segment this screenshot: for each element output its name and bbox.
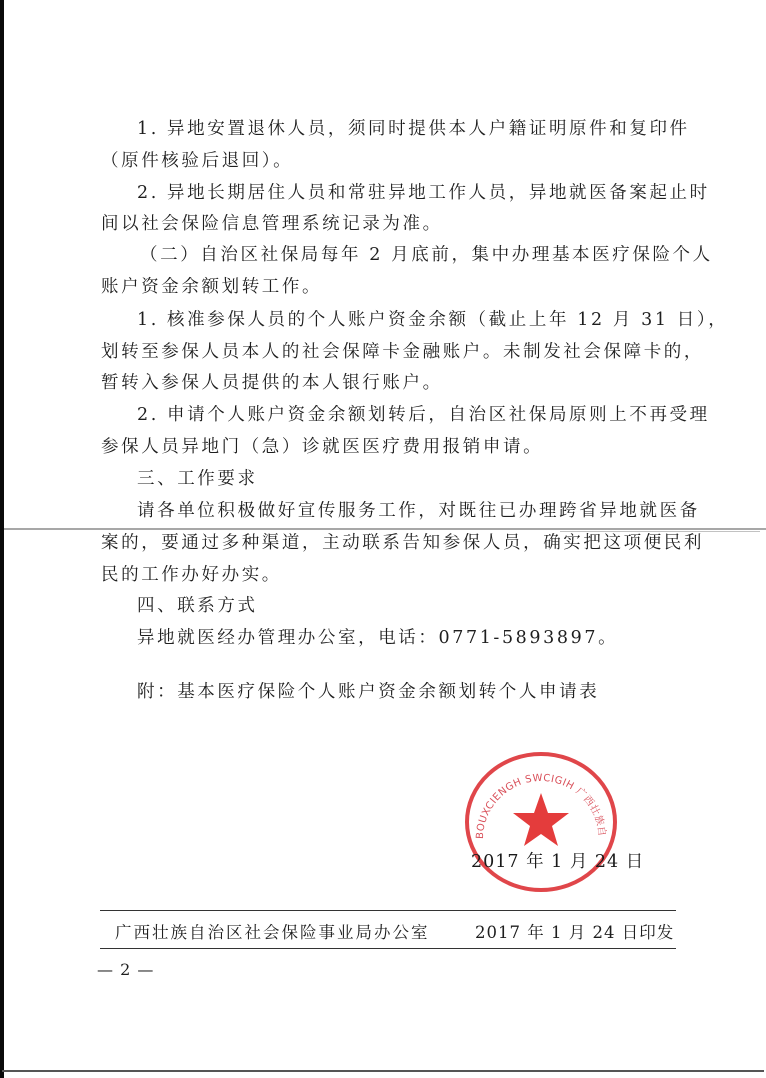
paragraph: 民的工作办好办实。 <box>101 564 282 586</box>
paragraph: 账户资金余额划转工作。 <box>101 276 322 298</box>
attachment-note: 附：基本医疗保险个人账户资金余额划转个人申请表 <box>137 681 599 703</box>
paragraph: 参保人员异地门（急）诊就医医疗费用报销申请。 <box>101 436 543 458</box>
paragraph: 间以社会保险信息管理系统记录为准。 <box>101 213 443 235</box>
paragraph: （原件核验后退回）。 <box>101 150 293 172</box>
paragraph: （二）自治区社保局每年 2 月底前，集中办理基本医疗保险个人 <box>140 244 713 266</box>
divider <box>100 948 676 949</box>
signature-date: 2017 年 1 月 24 日 <box>471 848 644 873</box>
paragraph: 1. 异地安置退休人员，须同时提供本人户籍证明原件和复印件 <box>137 118 690 140</box>
paragraph: 2. 异地长期居住人员和常驻异地工作人员，异地就医备案起止时 <box>137 182 710 204</box>
page-number: — 2 — <box>97 960 154 979</box>
paragraph: 请各单位积极做好宣传服务工作，对既往已办理跨省异地就医备 <box>137 500 700 522</box>
scan-fold-line <box>4 528 766 530</box>
section-heading: 三、工作要求 <box>137 468 258 490</box>
paragraph: 异地就医经办管理办公室，电话：0771-5893897。 <box>137 627 618 649</box>
section-heading: 四、联系方式 <box>137 595 258 617</box>
paragraph: 案的，要通过多种渠道，主动联系告知参保人员，确实把这项便民利 <box>101 532 704 554</box>
issuer: 广西壮族自治区社会保险事业局办公室 <box>115 919 430 943</box>
scan-edge-line <box>2 1070 764 1072</box>
issue-date: 2017 年 1 月 24 日印发 <box>475 919 674 943</box>
paragraph: 2. 申请个人账户资金余额划转后，自治区社保局原则上不再受理 <box>137 404 710 426</box>
scan-edge <box>0 0 4 1078</box>
paragraph: 1. 核准参保人员的个人账户资金余额（截止上年 12 月 31 日）， <box>137 309 728 331</box>
paragraph: 划转至参保人员本人的社会保障卡金融账户。未制发社会保障卡的， <box>101 341 704 363</box>
divider <box>100 910 676 911</box>
paragraph: 暂转入参保人员提供的本人银行账户。 <box>101 372 443 394</box>
